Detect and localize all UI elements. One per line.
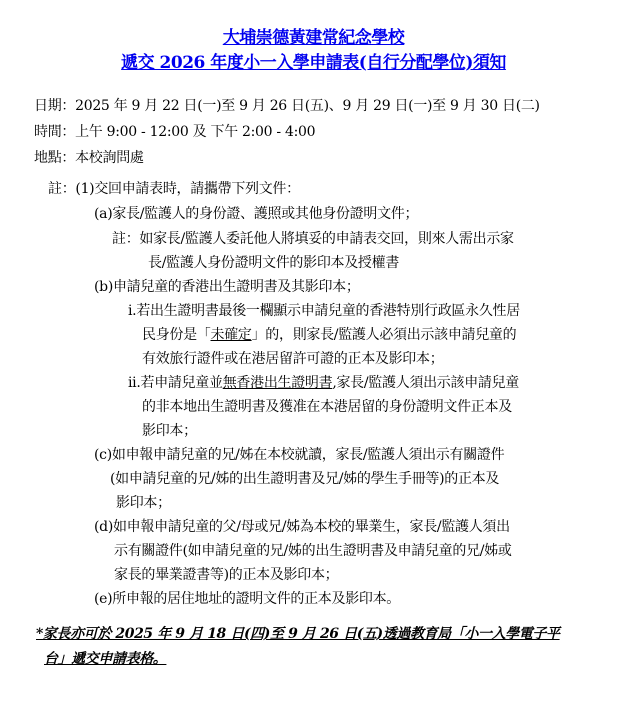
time-label: 時間： [34,124,75,140]
time-row: 時間：上午 9:00 - 12:00 及 下午 2:00 - 4:00 [34,121,315,141]
school-name-heading: 大埔崇德黃建常紀念學校 [0,23,627,48]
note-b: (b)申請兒童的香港出生證明書及其影印本； [94,276,360,296]
location-value: 本校詢問處 [75,150,144,166]
document-title-heading: 遞交 2026 年度小一入學申請表(自行分配學位)須知 [0,48,627,73]
location-label: 地點： [34,150,75,166]
location-row: 地點：本校詢問處 [34,147,144,167]
note-b-i-line2: 民身份是「未確定」的，則家長/監護人必須出示該申請兒童的 [142,324,516,344]
footer-note-line1: *家長亦可於 2025 年 9 月 18 日(四)至 9 月 26 日(五)透過… [36,623,560,643]
note-b-ii-line1-pre: ii.若申請兒童並 [128,375,223,391]
note-c-line2: (如申請兒童的兄/姊的出生證明書及兄/姊的學生手冊等)的正本及 [110,468,499,488]
note-b-i-line2-pre: 民身份是「 [142,327,211,343]
note-b-ii-line1-post: ,家長/監護人須出示該申請兒童 [332,375,519,391]
note-b-ii-line3: 影印本； [142,420,197,440]
date-value: 2025 年 9 月 22 日(一)至 9 月 26 日(五)、9 月 29 日… [75,98,540,114]
note-a-remark-line1: 註：如家長/監護人委託他人將填妥的申請表交回，則來人需出示家 [112,228,514,248]
notes-item-1: 註：(1)交回申請表時，請攜帶下列文件： [48,178,300,198]
underlined-uncertain: 未確定 [211,327,252,343]
note-a: (a)家長/監護人的身份證、護照或其他身份證明文件； [94,203,418,223]
note-d-line1: (d)如申報申請兒童的父/母或兄/姊為本校的畢業生，家長/監護人須出 [94,516,510,536]
note-c-line1: (c)如申報申請兒童的兄/姊在本校就讀，家長/監護人須出示有關證件 [94,444,504,464]
date-row: 日期：2025 年 9 月 22 日(一)至 9 月 26 日(五)、9 月 2… [34,95,540,115]
note-b-ii-line2: 的非本地出生證明書及獲准在本港居留的身份證明文件正本及 [142,396,512,416]
note-a-remark-line2: 長/監護人身份證明文件的影印本及授權書 [148,252,399,272]
note-e: (e)所申報的居住地址的證明文件的正本及影印本。 [94,588,400,608]
notes-label: 註： [48,181,75,197]
date-label: 日期： [34,98,75,114]
note-b-i-line2-post: 」的，則家長/監護人必須出示該申請兒童的 [252,327,517,343]
notes-item-1-text: (1)交回申請表時，請攜帶下列文件： [75,181,299,197]
time-value: 上午 9:00 - 12:00 及 下午 2:00 - 4:00 [75,124,315,140]
note-d-line2: 示有關證件(如申請兒童的兄/姊的出生證明書及申請兒童的兄/姊或 [114,540,512,560]
note-b-ii-line1: ii.若申請兒童並無香港出生證明書,家長/監護人須出示該申請兒童 [128,372,519,392]
note-b-i-line3: 有效旅行證件或在港居留許可證的正本及影印本； [142,348,443,368]
note-b-i-line1: i.若出生證明書最後一欄顯示申請兒童的香港特別行政區永久性居 [128,300,520,320]
footer-note-line2: 台」遞交申請表格。 [44,648,166,668]
note-c-line3: 影印本； [116,492,171,512]
note-d-line3: 家長的畢業證書等)的正本及影印本； [114,564,338,584]
underlined-no-hk-birth-cert: 無香港出生證明書 [223,375,333,391]
